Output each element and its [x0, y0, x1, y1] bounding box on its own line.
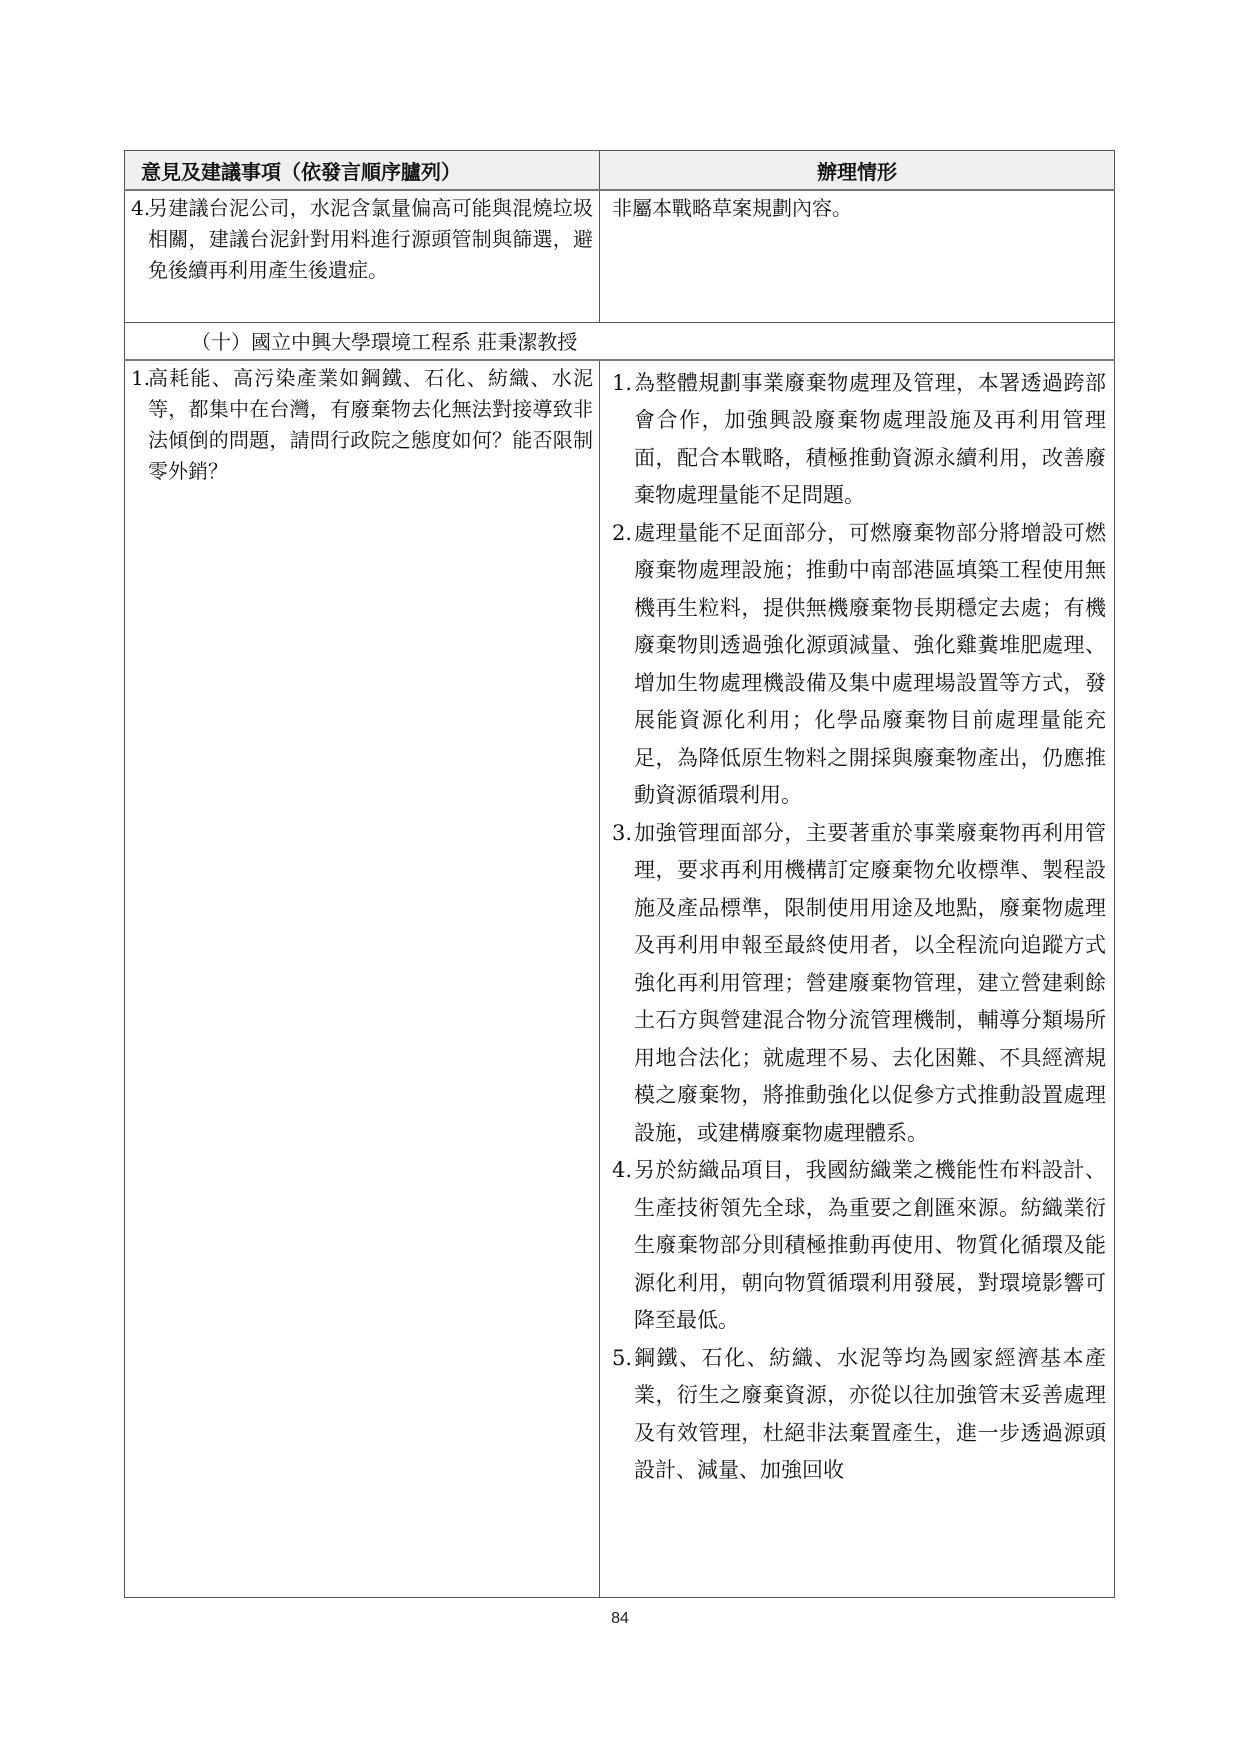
item-text: 為整體規劃事業廢棄物處理及管理，本署透過跨部會合作，加強興設廢棄物處理設施及再利… [634, 365, 1106, 515]
response-text: 非屬本戰略草案規劃內容。 [600, 191, 1114, 228]
comment-cell: 1. 高耗能、高污染產業如鋼鐵、石化、紡織、水泥等，都集中在台灣，有廢棄物去化無… [125, 360, 600, 1598]
item-number: 1. [131, 363, 148, 487]
item-text: 另建議台泥公司，水泥含氯量偏高可能與混燒垃圾相關，建議台泥針對用料進行源頭管制與… [148, 193, 593, 286]
item-number: 4. [131, 193, 148, 286]
page-number: 84 [0, 1610, 1240, 1628]
item-number: 5. [612, 1340, 634, 1490]
table-header-row: 意見及建議事項（依發言順序臚列） 辦理情形 [125, 151, 1115, 191]
item-number: 4. [612, 1152, 634, 1340]
table-row: 4. 另建議台泥公司，水泥含氯量偏高可能與混燒垃圾相關，建議台泥針對用料進行源頭… [125, 190, 1115, 322]
comment-item: 4. 另建議台泥公司，水泥含氯量偏高可能與混燒垃圾相關，建議台泥針對用料進行源頭… [125, 191, 599, 290]
response-cell: 非屬本戰略草案規劃內容。 [600, 190, 1115, 322]
item-number: 1. [612, 365, 634, 515]
comment-item: 1. 高耗能、高污染產業如鋼鐵、石化、紡織、水泥等，都集中在台灣，有廢棄物去化無… [125, 361, 599, 491]
response-item: 5. 鋼鐵、石化、紡織、水泥等均為國家經濟基本產業，衍生之廢棄資源，亦從以往加強… [612, 1340, 1106, 1490]
response-item: 1. 為整體規劃事業廢棄物處理及管理，本署透過跨部會合作，加強興設廢棄物處理設施… [612, 365, 1106, 515]
table-row: 1. 高耗能、高污染產業如鋼鐵、石化、紡織、水泥等，都集中在台灣，有廢棄物去化無… [125, 360, 1115, 1598]
comment-cell: 4. 另建議台泥公司，水泥含氯量偏高可能與混燒垃圾相關，建議台泥針對用料進行源頭… [125, 190, 600, 322]
header-response: 辦理情形 [600, 151, 1115, 191]
section-title: （十）國立中興大學環境工程系 莊秉潔教授 [125, 322, 1115, 360]
item-text: 另於紡織品項目，我國紡織業之機能性布料設計、生產技術領先全球，為重要之創匯來源。… [634, 1152, 1106, 1340]
section-row: （十）國立中興大學環境工程系 莊秉潔教授 [125, 322, 1115, 360]
response-cell: 1. 為整體規劃事業廢棄物處理及管理，本署透過跨部會合作，加強興設廢棄物處理設施… [600, 360, 1115, 1598]
comments-response-table: 意見及建議事項（依發言順序臚列） 辦理情形 4. 另建議台泥公司，水泥含氯量偏高… [124, 150, 1115, 1598]
response-item: 4. 另於紡織品項目，我國紡織業之機能性布料設計、生產技術領先全球，為重要之創匯… [612, 1152, 1106, 1340]
item-number: 3. [612, 815, 634, 1153]
item-text: 高耗能、高污染產業如鋼鐵、石化、紡織、水泥等，都集中在台灣，有廢棄物去化無法對接… [148, 363, 593, 487]
response-list: 1. 為整體規劃事業廢棄物處理及管理，本署透過跨部會合作，加強興設廢棄物處理設施… [600, 361, 1114, 1490]
response-item: 3. 加強管理面部分，主要著重於事業廢棄物再利用管理，要求再利用機構訂定廢棄物允… [612, 815, 1106, 1153]
item-number: 2. [612, 515, 634, 815]
header-comments: 意見及建議事項（依發言順序臚列） [125, 151, 600, 191]
response-item: 2. 處理量能不足面部分，可燃廢棄物部分將增設可燃廢棄物處理設施；推動中南部港區… [612, 515, 1106, 815]
item-text: 加強管理面部分，主要著重於事業廢棄物再利用管理，要求再利用機構訂定廢棄物允收標準… [634, 815, 1106, 1153]
item-text: 鋼鐵、石化、紡織、水泥等均為國家經濟基本產業，衍生之廢棄資源，亦從以往加強管末妥… [634, 1340, 1106, 1490]
item-text: 處理量能不足面部分，可燃廢棄物部分將增設可燃廢棄物處理設施；推動中南部港區填築工… [634, 515, 1106, 815]
